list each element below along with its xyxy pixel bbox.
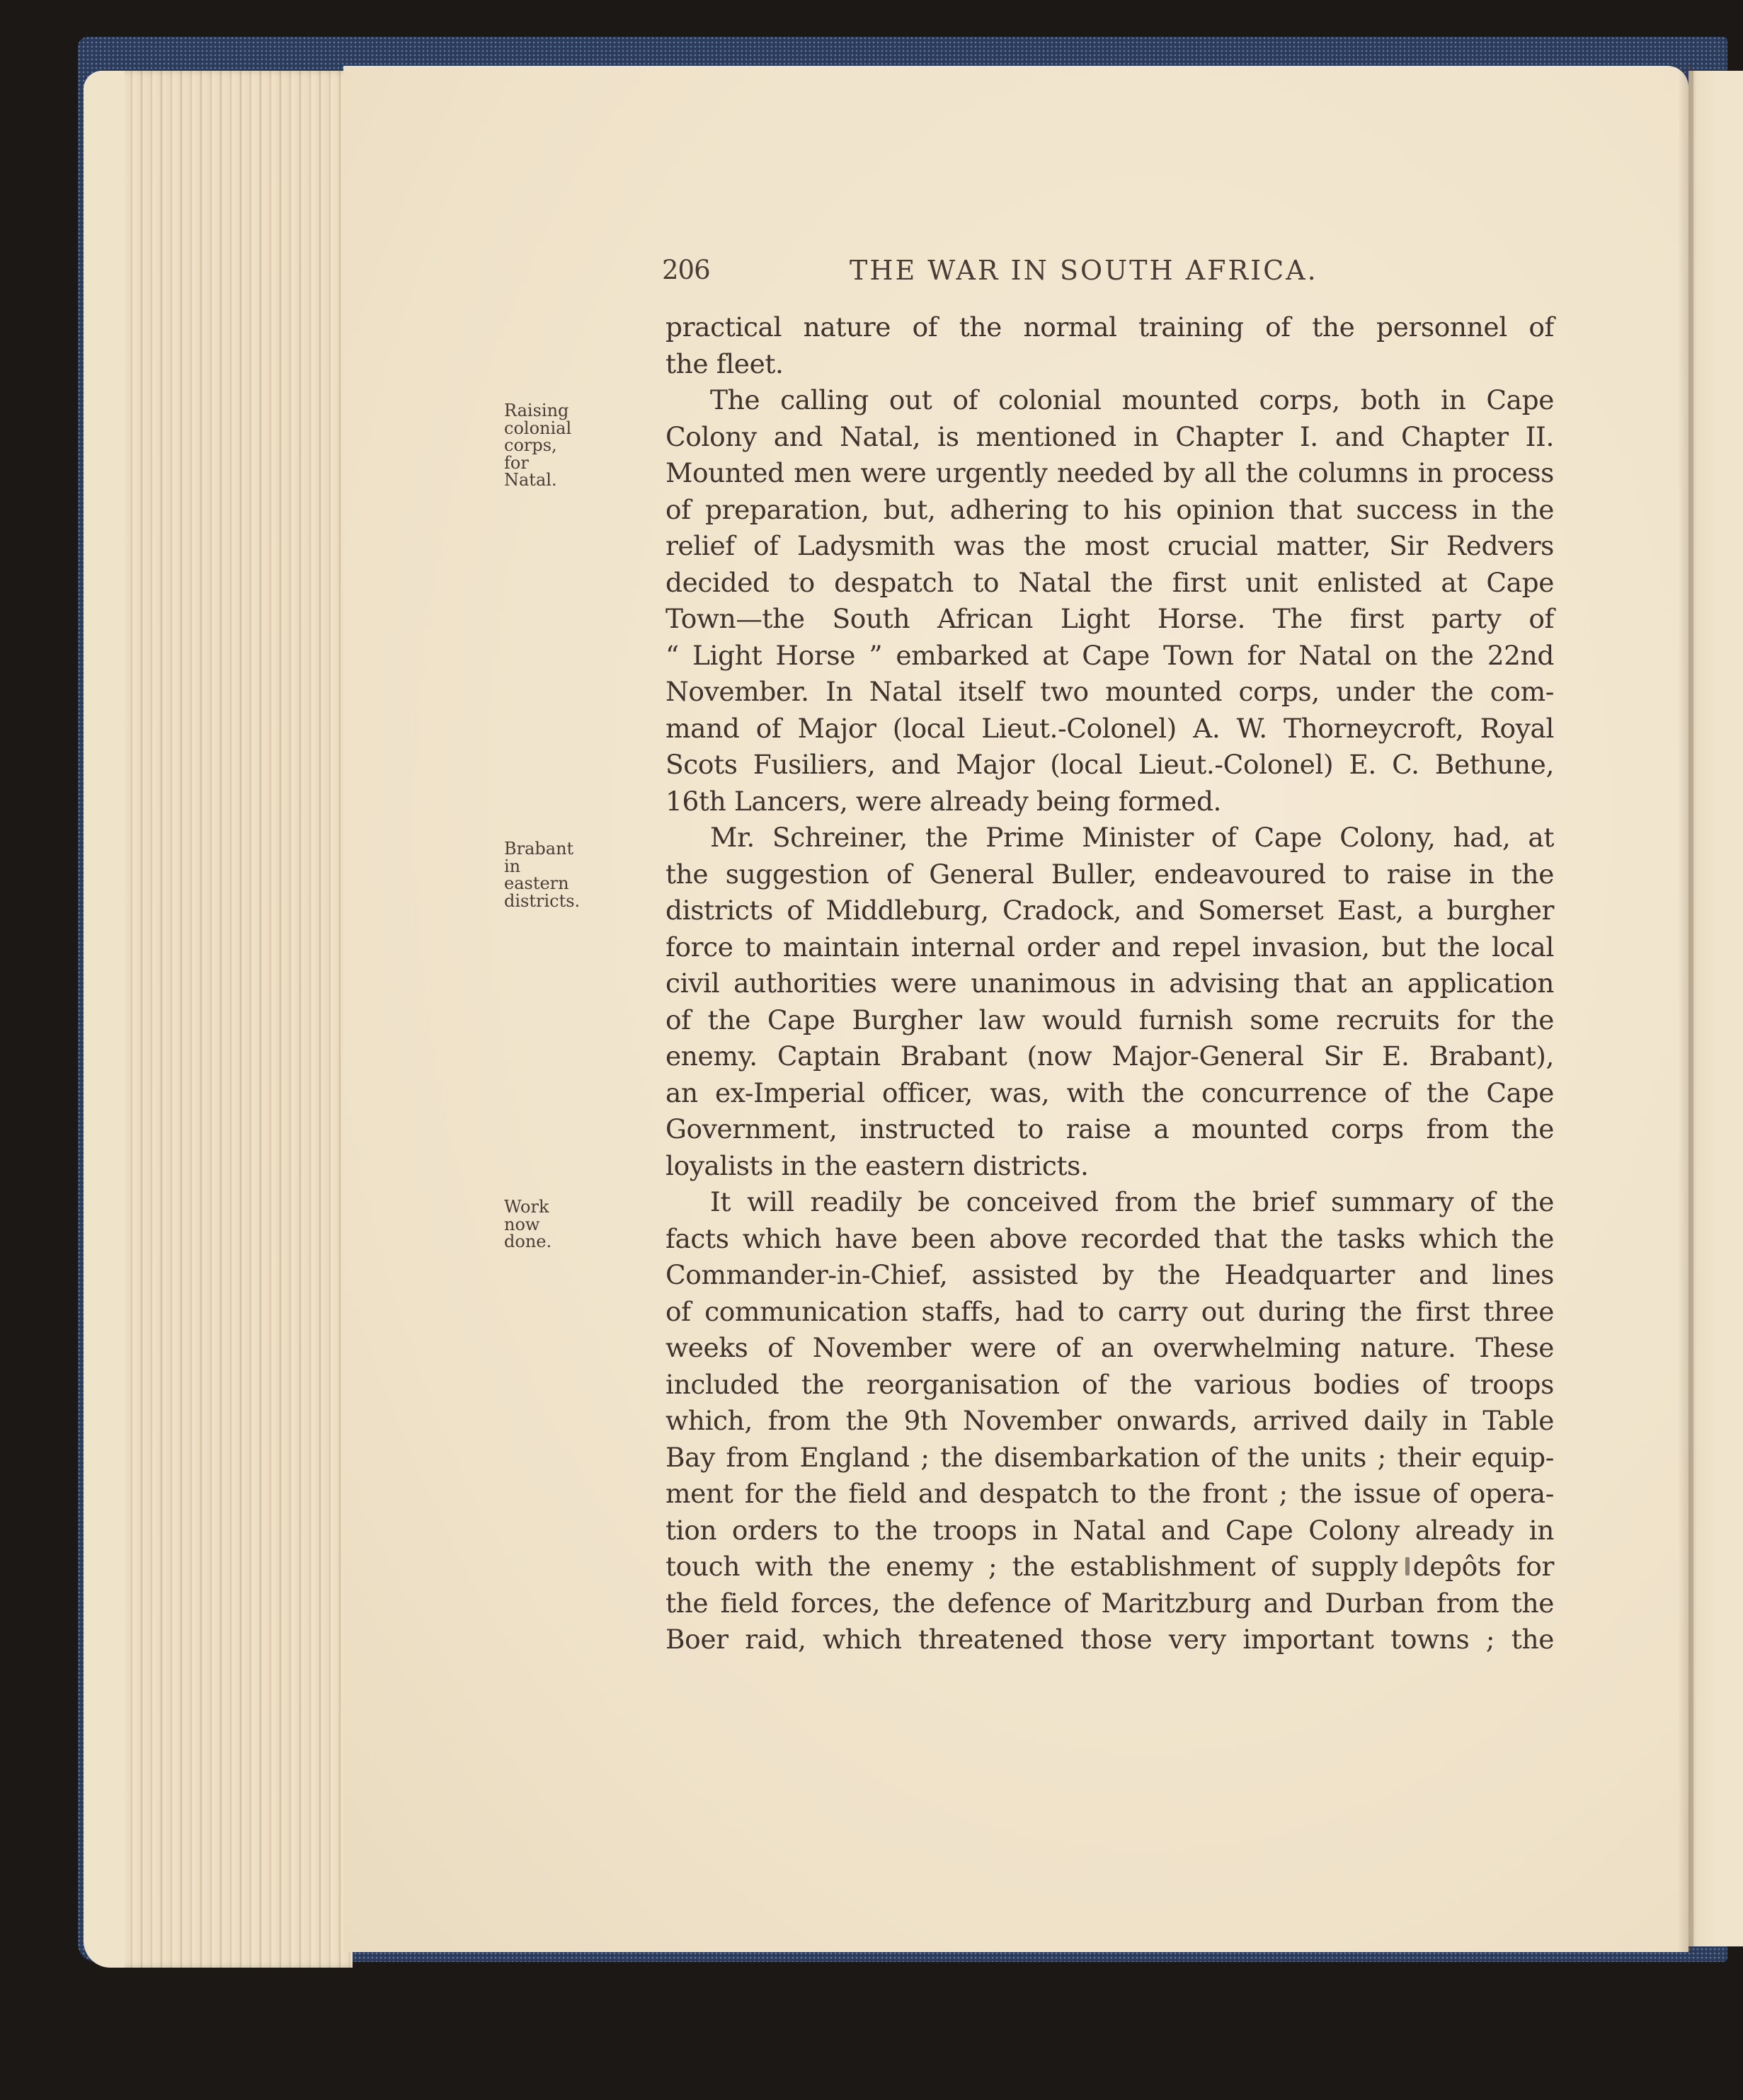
text-line: Colony and Natal, is mentioned in Chapte… [665, 419, 1554, 456]
text-line: Mounted men were urgently needed by all … [665, 455, 1554, 492]
margin-note-raising-colonial-corps: Raising colonial corps, for Natal. [504, 402, 632, 489]
text-line: “ Light Horse ” embarked at Cape Town fo… [665, 638, 1554, 675]
margin-note-line: colonial [504, 420, 632, 437]
text-line: the fleet. [665, 346, 1554, 383]
text-line: Scots Fusiliers, and Major (local Lieut.… [665, 747, 1554, 784]
text-line: touch with the enemy ; the establishment… [665, 1549, 1554, 1585]
text-line: November. In Natal itself two mounted co… [665, 674, 1554, 711]
margin-note-line: in [504, 858, 632, 876]
text-line: tion orders to the troops in Natal and C… [665, 1513, 1554, 1549]
ink-smudge [1405, 1557, 1410, 1576]
text-line: Town—the South African Light Horse. The … [665, 601, 1554, 638]
text-line: the suggestion of General Buller, endeav… [665, 856, 1554, 893]
text-line: Commander-in-Chief, assisted by the Head… [665, 1257, 1554, 1294]
margin-note-line: districts. [504, 893, 632, 910]
margin-note-line: eastern [504, 875, 632, 893]
text-line: ment for the field and despatch to the f… [665, 1476, 1554, 1513]
text-line: decided to despatch to Natal the first u… [665, 565, 1554, 602]
text-line: of communication staffs, had to carry ou… [665, 1294, 1554, 1331]
running-head: 206 THE WAR IN SOUTH AFRICA. [662, 255, 1370, 297]
facing-page-edge [1688, 71, 1743, 1946]
text-line: the field forces, the defence of Maritzb… [665, 1585, 1554, 1622]
paragraph-start: The calling out of colonial mounted corp… [665, 382, 1554, 419]
text-line: Bay from England ; the disembarkation of… [665, 1440, 1554, 1476]
text-line: of the Cape Burgher law would furnish so… [665, 1002, 1554, 1039]
text-line: civil authorities were unanimous in advi… [665, 965, 1554, 1002]
margin-note-line: Raising [504, 402, 632, 420]
gutter-shadow [1678, 66, 1693, 1952]
margin-note-line: for [504, 454, 632, 472]
text-line: Boer raid, which threatened those very i… [665, 1622, 1554, 1658]
paragraph-start: It will readily be conceived from the br… [665, 1184, 1554, 1221]
margin-note-line: now [504, 1216, 632, 1234]
body-text: practical nature of the normal training … [665, 309, 1554, 1658]
text-line: loyalists in the eastern districts. [665, 1148, 1554, 1185]
text-line: districts of Middleburg, Cradock, and So… [665, 893, 1554, 929]
text-line: facts which have been above recorded tha… [665, 1221, 1554, 1258]
book-title: THE WAR IN SOUTH AFRICA. [850, 255, 1318, 286]
margin-note-line: Work [504, 1198, 632, 1216]
text-line: Government, instructed to raise a mounte… [665, 1111, 1554, 1148]
margin-note-work-now-done: Work now done. [504, 1198, 632, 1251]
text-line: which, from the 9th November onwards, ar… [665, 1403, 1554, 1440]
paragraph-start: Mr. Schreiner, the Prime Minister of Cap… [665, 820, 1554, 856]
text-line: 16th Lancers, were already being formed. [665, 784, 1554, 820]
text-line: force to maintain internal order and rep… [665, 929, 1554, 966]
page-edges-stack [84, 71, 353, 1968]
text-line: weeks of November were of an overwhelmin… [665, 1330, 1554, 1367]
text-line: of preparation, but, adhering to his opi… [665, 492, 1554, 529]
text-line: included the reorganisation of the vario… [665, 1367, 1554, 1404]
text-line: mand of Major (local Lieut.-Colonel) A. … [665, 711, 1554, 747]
text-line: practical nature of the normal training … [665, 309, 1554, 346]
margin-note-line: Natal. [504, 471, 632, 489]
margin-note-line: Brabant [504, 840, 632, 858]
margin-note-line: done. [504, 1233, 632, 1251]
margin-note-line: corps, [504, 437, 632, 454]
text-line: enemy. Captain Brabant (now Major-Genera… [665, 1038, 1554, 1075]
page-number: 206 [662, 255, 710, 285]
text-line: relief of Ladysmith was the most crucial… [665, 528, 1554, 565]
text-line: an ex-Imperial officer, was, with the co… [665, 1075, 1554, 1112]
margin-note-brabant: Brabant in eastern districts. [504, 840, 632, 910]
